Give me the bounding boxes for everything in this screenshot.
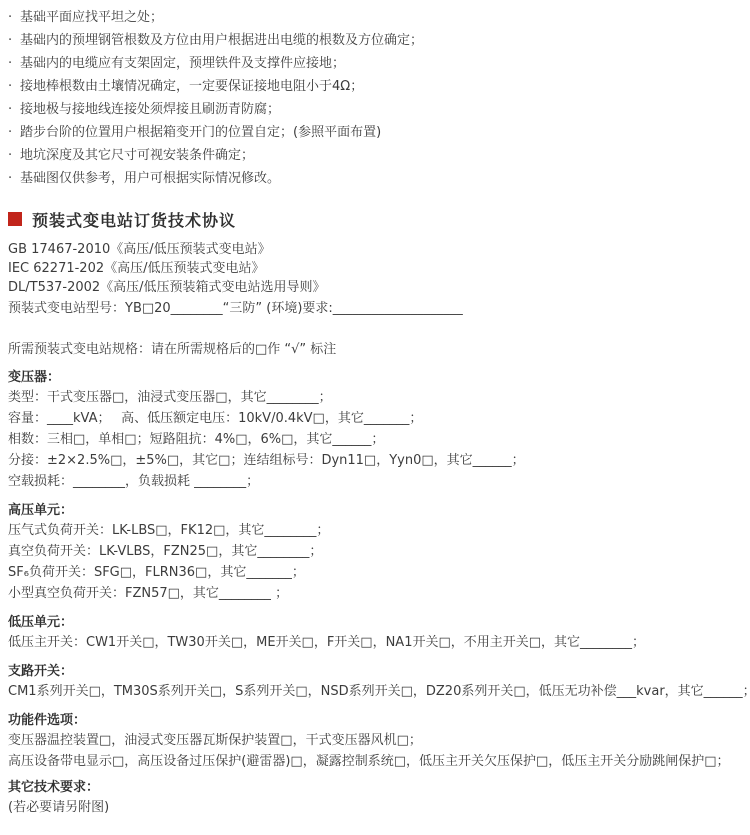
bullet-dot: · xyxy=(8,75,20,98)
page-title: 预装式变电站订货技术协议 xyxy=(32,208,236,231)
spec-line: 真空负荷开关：LK-VLBS，FZN25□，其它________； xyxy=(8,541,740,562)
note-line: ·基础平面应找平坦之处； xyxy=(8,6,740,29)
document-page: ·基础平面应找平坦之处； ·基础内的预埋钢管根数及方位由用户根据进出电缆的根数及… xyxy=(0,0,750,835)
note-line: ·接地极与接地线连接处须焊接且刷沥青防腐； xyxy=(8,98,740,121)
standard-reference: GB 17467-2010《高压/低压预装式变电站》 xyxy=(8,240,740,259)
note-text: 踏步台阶的位置用户根据箱变开门的位置自定；(参照平面布置) xyxy=(20,125,381,140)
spec-line: 类型：干式变压器□，油浸式变压器□，其它________； xyxy=(8,387,740,408)
spec-line: 压气式负荷开关：LK-LBS□，FK12□，其它________； xyxy=(8,520,740,541)
section-heading-transformer: 变压器： xyxy=(8,368,740,387)
section-heading-hv-unit: 高压单元： xyxy=(8,501,740,520)
spec-line: SF₆负荷开关：SFG□，FLRN36□，其它_______； xyxy=(8,562,740,583)
spec-instruction: 所需预装式变电站规格：请在所需规格后的□作 “√” 标注 xyxy=(8,340,740,359)
note-line: ·基础内的预埋钢管根数及方位由用户根据进出电缆的根数及方位确定； xyxy=(8,29,740,52)
section-header: 预装式变电站订货技术协议 xyxy=(8,208,740,230)
note-text: 地坑深度及其它尺寸可视安装条件确定； xyxy=(20,148,254,163)
standard-reference: IEC 62271-202《高压/低压预装式变电站》 xyxy=(8,259,740,278)
bullet-dot: · xyxy=(8,98,20,121)
bullet-dot: · xyxy=(8,121,20,144)
bullet-dot: · xyxy=(8,52,20,75)
spec-line: 容量：____kVA； 高、低压额定电压：10kV/0.4kV□，其它_____… xyxy=(8,408,740,429)
foundation-notes-list: ·基础平面应找平坦之处； ·基础内的预埋钢管根数及方位由用户根据进出电缆的根数及… xyxy=(8,6,740,190)
red-square-icon xyxy=(8,212,22,226)
note-text: 接地棒根数由土壤情况确定，一定要保证接地电阻小于4Ω； xyxy=(20,79,363,94)
spec-line: 空载损耗：________，负载损耗 ________； xyxy=(8,471,740,492)
bullet-dot: · xyxy=(8,167,20,190)
note-text: 基础内的预埋钢管根数及方位由用户根据进出电缆的根数及方位确定； xyxy=(20,33,423,48)
spec-line: (若必要请另附图) xyxy=(8,797,740,818)
standard-reference: DL/T537-2002《高压/低压预装箱式变电站选用导则》 xyxy=(8,278,740,297)
note-line: ·地坑深度及其它尺寸可视安装条件确定； xyxy=(8,144,740,167)
spec-line: 小型真空负荷开关：FZN57□，其它________ ； xyxy=(8,583,740,604)
spec-line: 低压主开关：CW1开关□，TW30开关□，ME开关□，F开关□，NA1开关□，不… xyxy=(8,632,740,653)
note-line: ·基础内的电缆应有支架固定，预埋铁件及支撑件应接地； xyxy=(8,52,740,75)
note-text: 基础图仅供参考，用户可根据实际情况修改。 xyxy=(20,171,280,186)
spec-line: 分接：±2×2.5%□，±5%□，其它□；连结组标号：Dyn11□，Yyn0□，… xyxy=(8,450,740,471)
note-line: ·基础图仅供参考，用户可根据实际情况修改。 xyxy=(8,167,740,190)
section-heading-function-options: 功能件选项： xyxy=(8,711,740,730)
section-heading-branch-switch: 支路开关： xyxy=(8,662,740,681)
note-line: ·接地棒根数由土壤情况确定，一定要保证接地电阻小于4Ω； xyxy=(8,75,740,98)
model-number-line: 预装式变电站型号：YB□20________“三防” (环境)要求:______… xyxy=(8,299,740,318)
note-text: 接地极与接地线连接处须焊接且刷沥青防腐； xyxy=(20,102,280,117)
section-heading-other-requirements: 其它技术要求： xyxy=(8,778,740,797)
note-text: 基础内的电缆应有支架固定，预埋铁件及支撑件应接地； xyxy=(20,56,345,71)
bullet-dot: · xyxy=(8,6,20,29)
note-line: ·踏步台阶的位置用户根据箱变开门的位置自定；(参照平面布置) xyxy=(8,121,740,144)
spec-line: 变压器温控装置□，油浸式变压器瓦斯保护装置□，干式变压器风机□； xyxy=(8,730,740,751)
note-text: 基础平面应找平坦之处； xyxy=(20,10,163,25)
standards-list: GB 17467-2010《高压/低压预装式变电站》 IEC 62271-202… xyxy=(8,240,740,297)
bullet-dot: · xyxy=(8,144,20,167)
spec-line: CM1系列开关□，TM30S系列开关□，S系列开关□，NSD系列开关□，DZ20… xyxy=(8,681,740,702)
spec-line: 高压设备带电显示□，高压设备过压保护(避雷器)□，凝露控制系统□，低压主开关欠压… xyxy=(8,751,740,772)
section-heading-lv-unit: 低压单元： xyxy=(8,613,740,632)
bullet-dot: · xyxy=(8,29,20,52)
spec-line: 相数：三相□，单相□；短路阻抗：4%□，6%□，其它______； xyxy=(8,429,740,450)
